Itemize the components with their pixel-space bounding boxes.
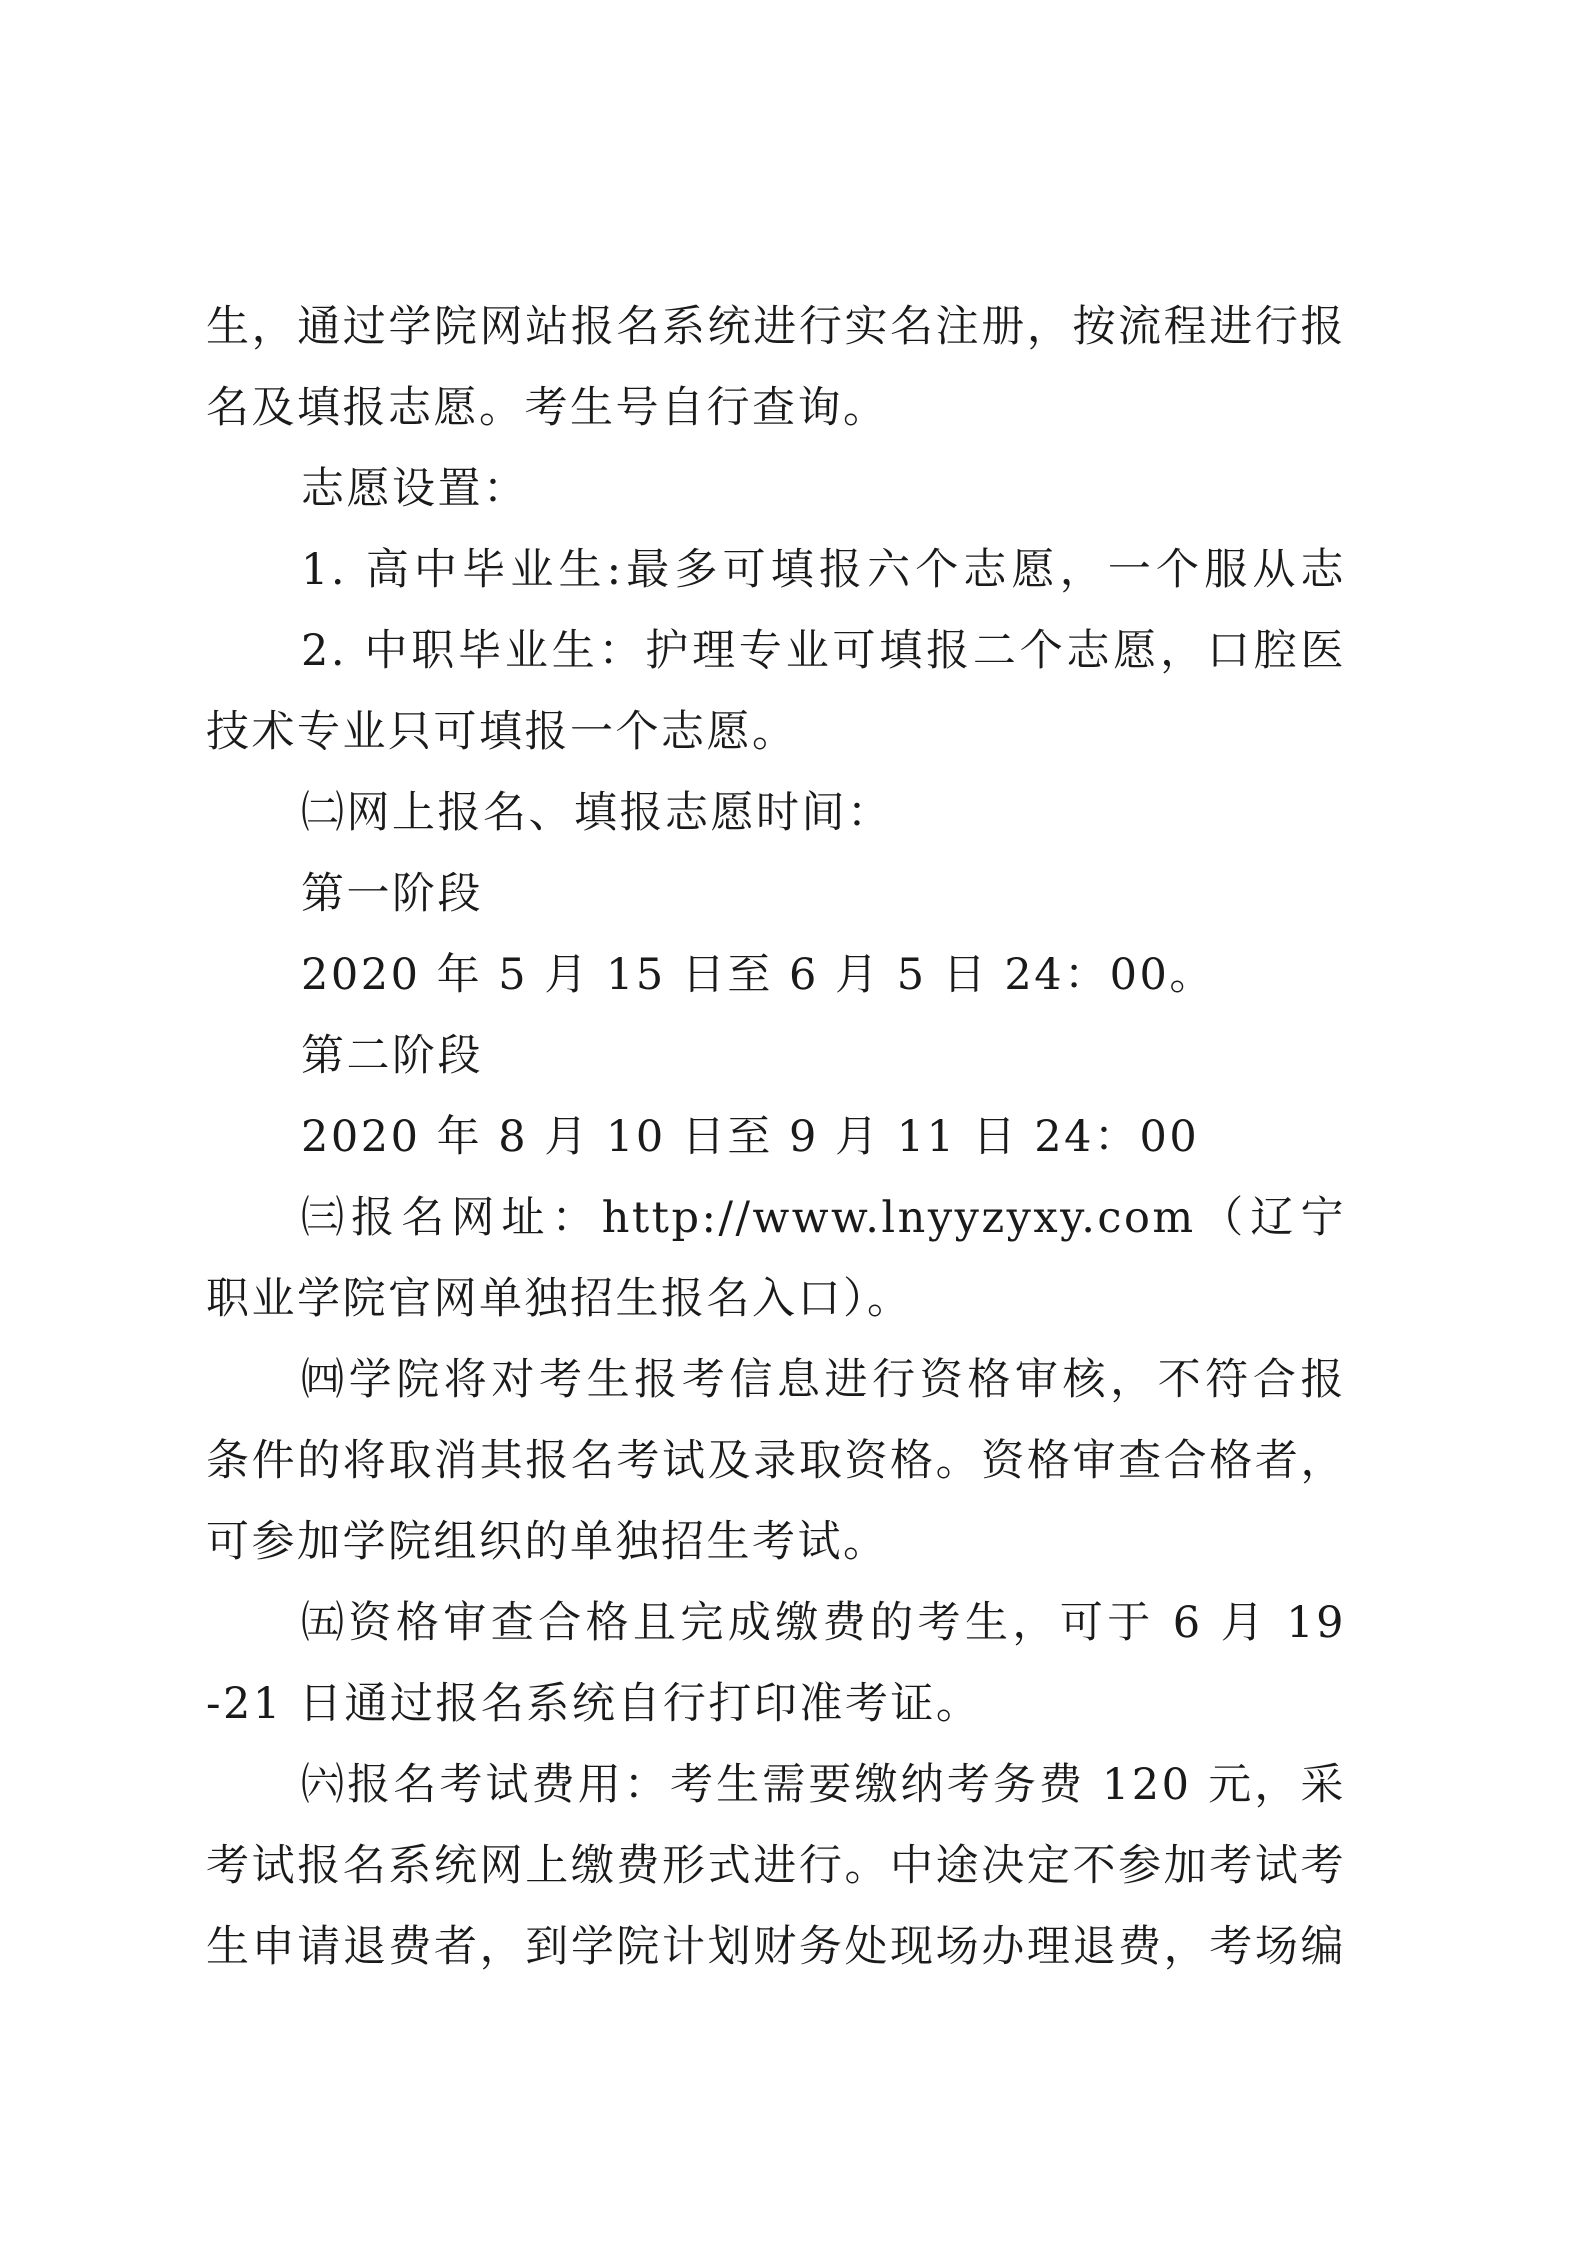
text-line-12: ㈢报名网址：http://www.lnyyzyxy.com（辽宁医药: [206, 1178, 1346, 1259]
text-line-18: -21 日通过报名系统自行打印准考证。: [206, 1664, 1346, 1745]
text-line-11: 2020 年 8 月 10 日至 9 月 11 日 24：00: [206, 1097, 1346, 1178]
text-line-5: 2. 中职毕业生：护理专业可填报二个志愿，口腔医学: [206, 611, 1346, 692]
text-line-21: 生申请退费者，到学院计划财务处现场办理退费，考场编: [206, 1907, 1346, 1988]
text-line-7: ㈡网上报名、填报志愿时间：: [206, 773, 1346, 854]
text-line-13: 职业学院官网单独招生报名入口）。: [206, 1259, 1346, 1340]
text-line-9: 2020 年 5 月 15 日至 6 月 5 日 24：00。: [206, 935, 1346, 1016]
text-line-17: ㈤资格审查合格且完成缴费的考生，可于 6 月 19 日: [206, 1583, 1346, 1664]
document-text-block: 生，通过学院网站报名系统进行实名注册，按流程进行报 名及填报志愿。考生号自行查询…: [206, 287, 1346, 1988]
text-line-3: 志愿设置：: [206, 449, 1346, 530]
text-line-2: 名及填报志愿。考生号自行查询。: [206, 368, 1346, 449]
text-line-4: 1. 高中毕业生:最多可填报六个志愿，一个服从志愿。: [206, 530, 1346, 611]
page: { "style": { "page_background": "#ffffff…: [0, 0, 1587, 2245]
text-line-8: 第一阶段: [206, 854, 1346, 935]
text-line-6: 技术专业只可填报一个志愿。: [206, 692, 1346, 773]
text-line-16: 可参加学院组织的单独招生考试。: [206, 1502, 1346, 1583]
text-line-10: 第二阶段: [206, 1016, 1346, 1097]
document-page: 生，通过学院网站报名系统进行实名注册，按流程进行报 名及填报志愿。考生号自行查询…: [0, 0, 1587, 2245]
text-line-20: 考试报名系统网上缴费形式进行。中途决定不参加考试考: [206, 1826, 1346, 1907]
text-line-15: 条件的将取消其报名考试及录取资格。资格审查合格者，: [206, 1421, 1346, 1502]
text-line-14: ㈣学院将对考生报考信息进行资格审核，不符合报名: [206, 1340, 1346, 1421]
text-line-1: 生，通过学院网站报名系统进行实名注册，按流程进行报: [206, 287, 1346, 368]
text-line-19: ㈥报名考试费用：考生需要缴纳考务费 120 元，采取: [206, 1745, 1346, 1826]
